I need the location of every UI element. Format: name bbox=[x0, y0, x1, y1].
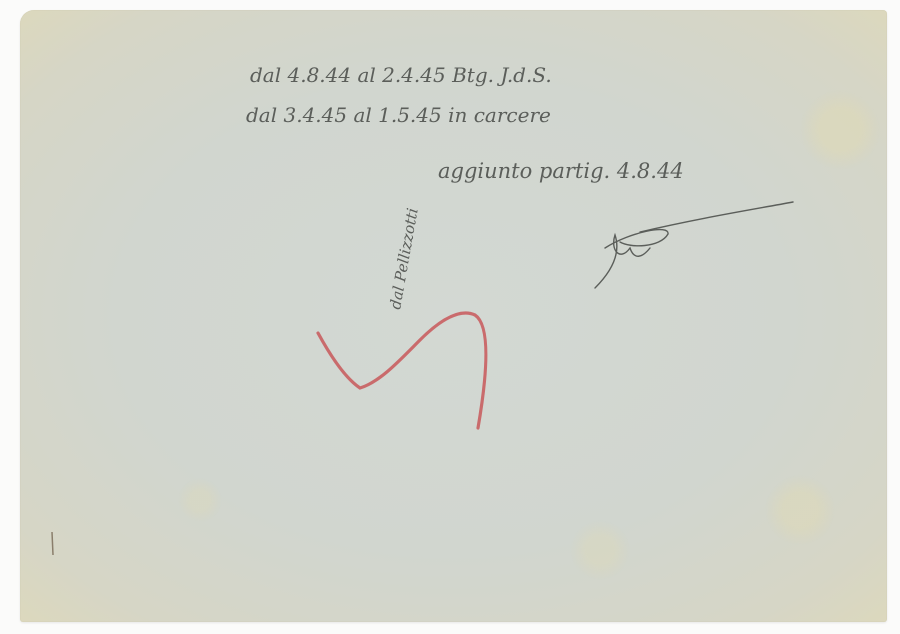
red-s-mark bbox=[318, 313, 486, 428]
note-line-2: dal 3.4.45 al 1.5.45 in carcere bbox=[246, 103, 551, 127]
photo-card-back: dal 4.8.44 al 2.4.45 Btg. J.d.S. dal 3.4… bbox=[20, 10, 887, 622]
signature bbox=[595, 202, 793, 288]
note-line-1: dal 4.8.44 al 2.4.45 Btg. J.d.S. bbox=[250, 63, 552, 87]
handwriting-layer: dal 4.8.44 al 2.4.45 Btg. J.d.S. dal 3.4… bbox=[20, 10, 887, 622]
edge-mark bbox=[52, 532, 53, 555]
vertical-note: dal Pellizzotti bbox=[386, 206, 422, 310]
note-line-3: aggiunto partig. 4.8.44 bbox=[438, 159, 684, 183]
